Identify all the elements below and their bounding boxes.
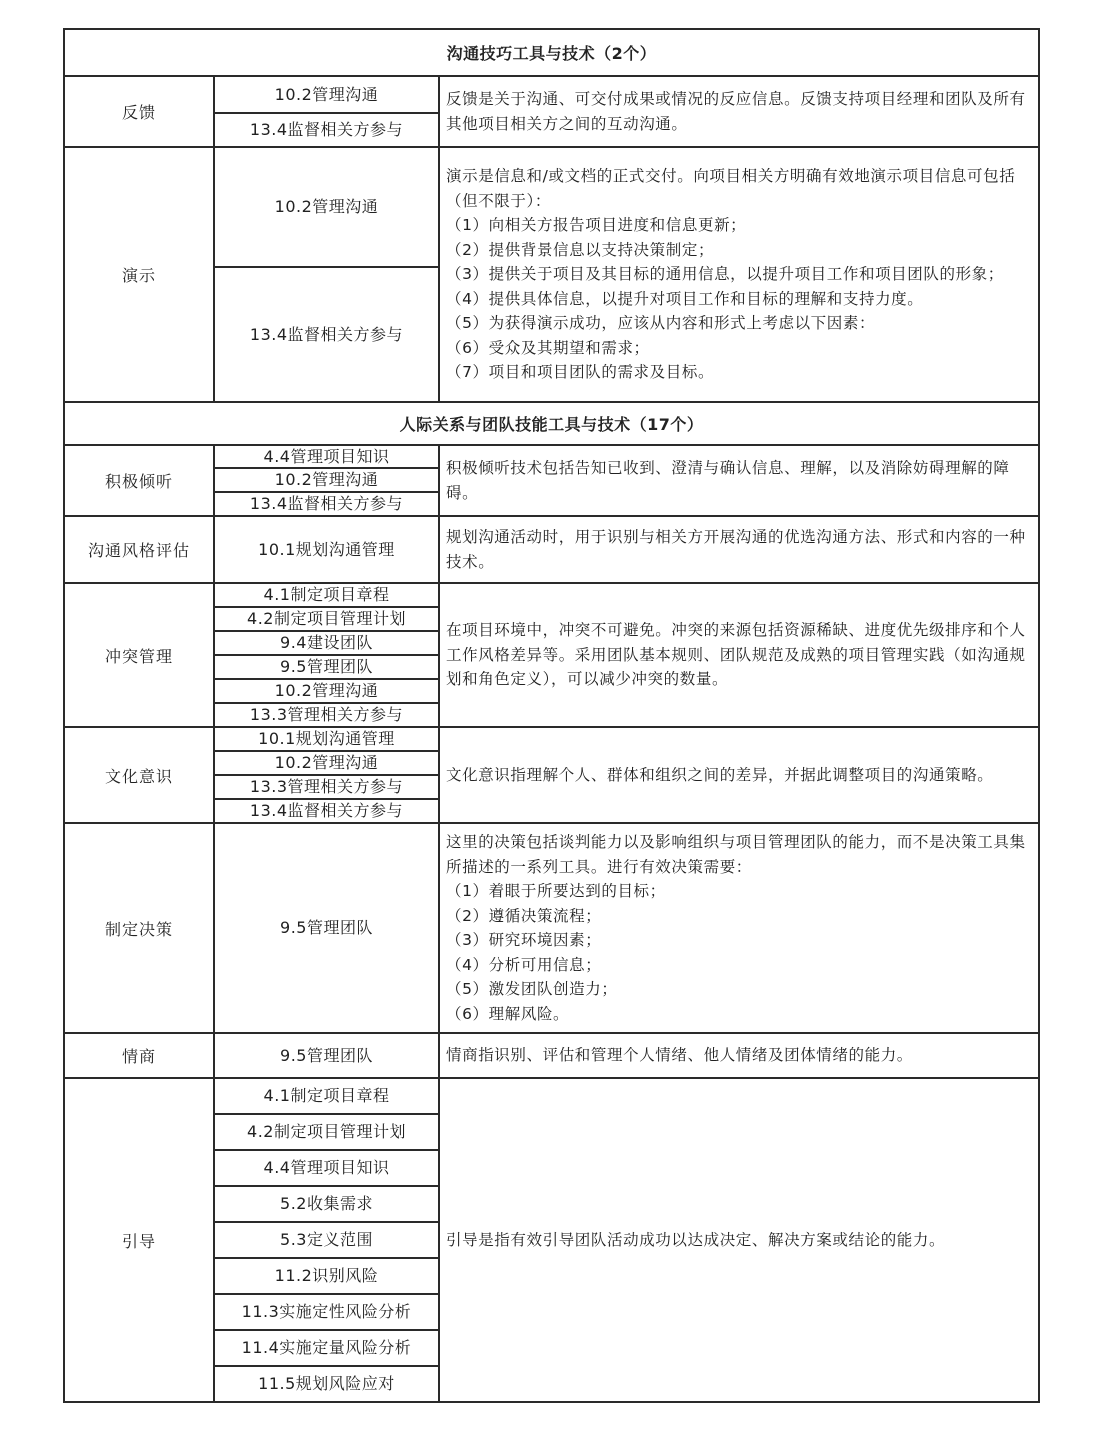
tool-name-active-listening: 积极倾听 [64, 445, 214, 516]
process-cell: 4.2制定项目管理计划 [214, 607, 439, 631]
process-cell: 10.1规划沟通管理 [214, 727, 439, 751]
tool-name-emotional-intelligence: 情商 [64, 1033, 214, 1078]
tool-name-decision-making: 制定决策 [64, 823, 214, 1033]
section-title-communication-skills: 沟通技巧工具与技术（2个） [64, 29, 1039, 76]
process-cell: 13.3管理相关方参与 [214, 703, 439, 727]
process-cell: 4.2制定项目管理计划 [214, 1114, 439, 1150]
process-cell: 11.4实施定量风险分析 [214, 1330, 439, 1366]
process-cell: 13.4监督相关方参与 [214, 267, 439, 402]
process-cell: 13.4监督相关方参与 [214, 799, 439, 823]
tool-name-cultural-awareness: 文化意识 [64, 727, 214, 823]
process-cell: 11.5规划风险应对 [214, 1366, 439, 1402]
process-cell: 4.1制定项目章程 [214, 1078, 439, 1114]
process-cell: 10.1规划沟通管理 [214, 516, 439, 583]
process-cell: 10.2管理沟通 [214, 147, 439, 267]
section-title-interpersonal-team-skills: 人际关系与团队技能工具与技术（17个） [64, 402, 1039, 445]
tool-name-facilitation: 引导 [64, 1078, 214, 1402]
tool-name-feedback: 反馈 [64, 76, 214, 147]
tool-name-communication-styles-assessment: 沟通风格评估 [64, 516, 214, 583]
tool-description-active-listening: 积极倾听技术包括告知已收到、澄清与确认信息、理解，以及消除妨碍理解的障碍。 [439, 445, 1039, 516]
process-cell: 13.3管理相关方参与 [214, 775, 439, 799]
tool-description-presentation: 演示是信息和/或文档的正式交付。向项目相关方明确有效地演示项目信息可包括（但不限… [439, 147, 1039, 402]
process-cell: 9.5管理团队 [214, 823, 439, 1033]
process-cell: 4.1制定项目章程 [214, 583, 439, 607]
process-cell: 5.2收集需求 [214, 1186, 439, 1222]
process-cell: 9.4建设团队 [214, 631, 439, 655]
process-cell: 10.2管理沟通 [214, 76, 439, 113]
tool-description-facilitation: 引导是指有效引导团队活动成功以达成决定、解决方案或结论的能力。 [439, 1078, 1039, 1402]
process-cell: 10.2管理沟通 [214, 679, 439, 703]
process-cell: 4.4管理项目知识 [214, 1150, 439, 1186]
tool-description-conflict-management: 在项目环境中，冲突不可避免。冲突的来源包括资源稀缺、进度优先级排序和个人工作风格… [439, 583, 1039, 727]
process-cell: 13.4监督相关方参与 [214, 492, 439, 516]
process-cell: 4.4管理项目知识 [214, 445, 439, 468]
process-cell: 11.3实施定性风险分析 [214, 1294, 439, 1330]
tool-description-communication-styles-assessment: 规划沟通活动时，用于识别与相关方开展沟通的优选沟通方法、形式和内容的一种技术。 [439, 516, 1039, 583]
process-cell: 10.2管理沟通 [214, 751, 439, 775]
tool-description-cultural-awareness: 文化意识指理解个人、群体和组织之间的差异，并据此调整项目的沟通策略。 [439, 727, 1039, 823]
process-cell: 11.2识别风险 [214, 1258, 439, 1294]
tool-description-feedback: 反馈是关于沟通、可交付成果或情况的反应信息。反馈支持项目经理和团队及所有其他项目… [439, 76, 1039, 147]
tools-techniques-table: 沟通技巧工具与技术（2个） 反馈 10.2管理沟通 反馈是关于沟通、可交付成果或… [63, 28, 1040, 1403]
process-cell: 5.3定义范围 [214, 1222, 439, 1258]
process-cell: 13.4监督相关方参与 [214, 113, 439, 147]
tool-description-decision-making: 这里的决策包括谈判能力以及影响组织与项目管理团队的能力，而不是决策工具集所描述的… [439, 823, 1039, 1033]
tool-description-emotional-intelligence: 情商指识别、评估和管理个人情绪、他人情绪及团体情绪的能力。 [439, 1033, 1039, 1078]
tool-name-conflict-management: 冲突管理 [64, 583, 214, 727]
process-cell: 9.5管理团队 [214, 655, 439, 679]
process-cell: 9.5管理团队 [214, 1033, 439, 1078]
process-cell: 10.2管理沟通 [214, 468, 439, 492]
tool-name-presentation: 演示 [64, 147, 214, 402]
